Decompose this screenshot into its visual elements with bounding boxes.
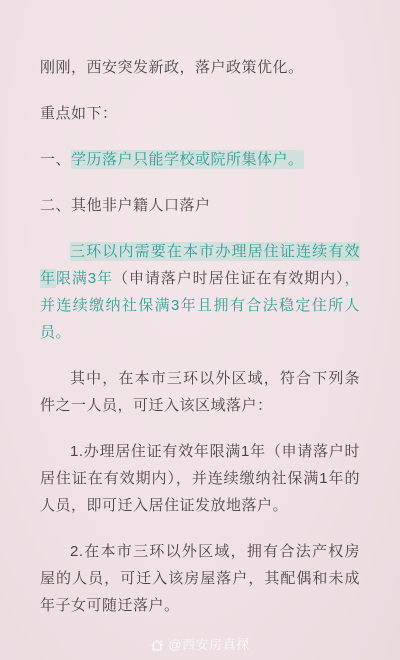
watermark-house-icon <box>150 639 164 652</box>
policy-note-page: 刚刚，西安突发新政，落户政策优化。 重点如下： 一、学历落户只能学校或院所集体户… <box>0 0 400 660</box>
policy-paragraph: 三环以内需要在本市办理居住证连续有效年限满3年（申请落户时居住证在有效期内），并… <box>40 238 360 346</box>
policy-seg2: 限满3年 <box>56 270 113 287</box>
condition-intro: 其中，在本市三环以外区域，符合下列条件之一人员，可迁入该区域落户： <box>40 365 360 419</box>
policy-seg3: （申请落户时居住证在有效期内） <box>113 270 344 287</box>
summary-label: 重点如下： <box>40 100 360 127</box>
watermark-text: @西安房真探 <box>168 636 249 654</box>
point-1: 一、学历落户只能学校或院所集体户。 <box>40 146 360 173</box>
point-1-highlighted-text: 学历落户只能学校或院所集体户。 <box>71 150 304 169</box>
point-1-prefix: 一、 <box>40 151 71 168</box>
watermark: @西安房真探 <box>0 636 400 654</box>
condition-item-2: 2.在本市三环以外区域，拥有合法产权房屋的人员，可迁入该房屋落户，其配偶和未成年… <box>40 538 360 619</box>
intro-line: 刚刚，西安突发新政，落户政策优化。 <box>40 54 360 81</box>
point-2: 二、其他非户籍人口落户 <box>40 192 360 219</box>
condition-item-1: 1.办理居住证有效年限满1年（申请落户时居住证在有效期内），并连续缴纳社保满1年… <box>40 438 360 519</box>
